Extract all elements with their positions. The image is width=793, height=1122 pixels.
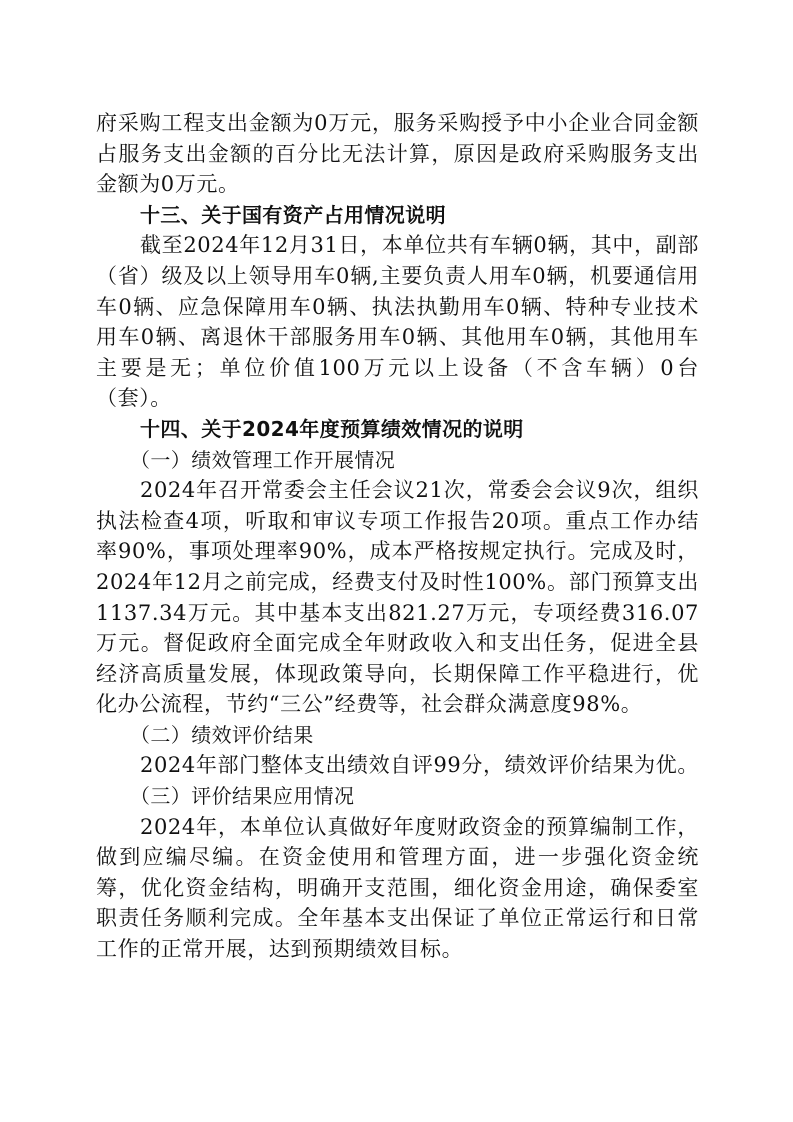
paragraph-performance-management: 2024年召开常委会主任会议21次，常委会会议9次，组织执法检查4项，听取和审议… <box>96 475 699 720</box>
subheading-result-application: （三）评价结果应用情况 <box>96 781 699 812</box>
section-heading-14: 十四、关于2024年度预算绩效情况的说明 <box>96 414 699 445</box>
document-page: 府采购工程支出金额为0万元，服务采购授予中小企业合同金额占服务支出金额的百分比无… <box>96 108 699 965</box>
subheading-performance-management: （一）绩效管理工作开展情况 <box>96 445 699 476</box>
paragraph-result-application: 2024年，本单位认真做好年度财政资金的预算编制工作，做到应编尽编。在资金使用和… <box>96 812 699 965</box>
paragraph-evaluation-result: 2024年部门整体支出绩效自评99分，绩效评价结果为优。 <box>96 750 699 781</box>
subheading-evaluation-result: （二）绩效评价结果 <box>96 720 699 751</box>
section-heading-13: 十三、关于国有资产占用情况说明 <box>96 200 699 231</box>
paragraph-state-assets: 截至2024年12月31日，本单位共有车辆0辆，其中，副部（省）级及以上领导用车… <box>96 230 699 414</box>
paragraph-procurement-continued: 府采购工程支出金额为0万元，服务采购授予中小企业合同金额占服务支出金额的百分比无… <box>96 108 699 200</box>
